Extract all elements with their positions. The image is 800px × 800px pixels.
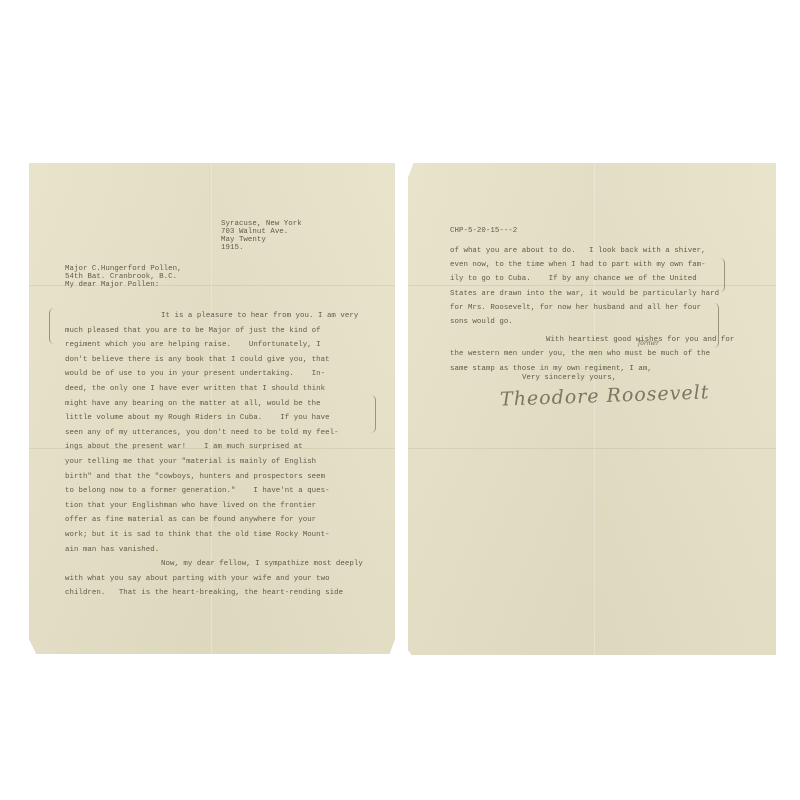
body-line: work; but it is sad to think that the ol…	[65, 532, 330, 539]
salutation: My dear Major Pollen:	[65, 282, 159, 289]
closing: Very sincerely yours,	[522, 375, 616, 382]
body-line: little volume about my Rough Riders in C…	[65, 415, 330, 422]
fold-crease	[408, 448, 776, 449]
body-line: with what you say about parting with you…	[65, 576, 330, 583]
body-line: same stamp as those in my own regiment, …	[450, 366, 652, 373]
body-line: children. That is the heart-breaking, th…	[65, 590, 343, 597]
body-line: would be of use to you in your present u…	[65, 371, 325, 378]
body-line: the western men under you, the men who m…	[450, 351, 710, 358]
address-line: 1915.	[221, 245, 243, 252]
body-line: for Mrs. Roosevelt, for now her husband …	[450, 305, 701, 312]
body-line: birth" and that the "cowboys, hunters an…	[65, 474, 325, 481]
page-header: CHP-5-20-15---2	[450, 228, 517, 235]
body-line: to belong now to a former generation." I…	[65, 488, 330, 495]
body-line: sons would go.	[450, 319, 513, 326]
body-line: might have any bearing on the matter at …	[65, 401, 321, 408]
margin-bracket-mark	[720, 258, 725, 292]
fold-crease	[594, 163, 595, 655]
handwritten-insertion: former	[638, 340, 659, 347]
body-line: ily to go to Cuba. If by any chance we o…	[450, 276, 697, 283]
body-line: Now, my dear fellow, I sympathize most d…	[161, 561, 363, 568]
body-line: offer as fine material as can be found a…	[65, 517, 316, 524]
body-line: seen any of my utterances, you don't nee…	[65, 430, 339, 437]
body-line: deed, the only one I have ever written t…	[65, 386, 325, 393]
body-line: ings about the present war! I am much su…	[65, 444, 303, 451]
body-line: It is a pleasure to hear from you. I am …	[161, 313, 358, 320]
body-line: don't believe there is any book that I c…	[65, 357, 330, 364]
body-line: even now, to the time when I had to part…	[450, 262, 706, 269]
letter-page-1: Syracuse, New York 703 Walnut Ave. May T…	[29, 163, 395, 654]
signature: Theodore Roosevelt	[500, 381, 710, 410]
body-line: much pleased that you are to be Major of…	[65, 328, 321, 335]
body-line: ain man has vanished.	[65, 547, 159, 554]
body-line: regiment which you are helping raise. Un…	[65, 342, 321, 349]
body-line: your telling me that your "material is m…	[65, 459, 316, 466]
body-line: of what you are about to do. I look back…	[450, 248, 706, 255]
body-line: States are drawn into the war, it would …	[450, 291, 719, 298]
body-line: tion that your Englishman who have lived…	[65, 503, 316, 510]
recipient-block: Major C.Hungerford Pollen, 54th Bat. Cra…	[65, 266, 83, 303]
letter-page-2: CHP-5-20-15---2 of what you are about to…	[408, 163, 776, 655]
sender-address: Syracuse, New York 703 Walnut Ave. May T…	[221, 221, 239, 265]
margin-bracket-mark	[371, 395, 376, 433]
margin-bracket-mark	[49, 308, 54, 344]
